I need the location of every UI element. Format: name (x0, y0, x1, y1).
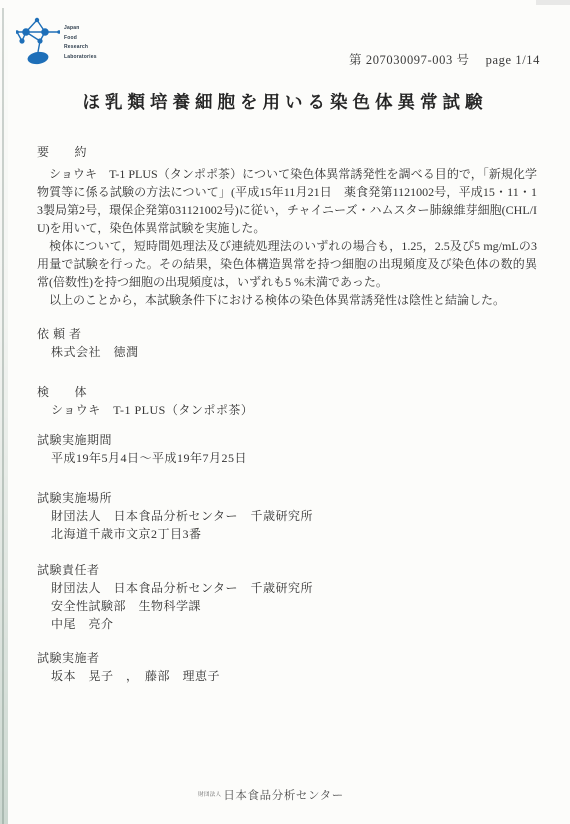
scan-edge-line-left (2, 8, 4, 824)
logo-word: Research (64, 43, 97, 53)
logo-word: Food (64, 34, 97, 44)
summary-paragraph: 以上のことから，本試験条件下における検体の染色体異常誘発性は陰性と結論した。 (37, 291, 537, 309)
section-line: 財団法人 日本食品分析センター 千歳研究所 (37, 579, 537, 597)
section-study-director: 試験責任者 財団法人 日本食品分析センター 千歳研究所 安全性試験部 生物科学課… (37, 561, 537, 633)
logo-wordmark: Japan Food Research Laboratories (64, 24, 97, 68)
document-header: 第 207030097-003 号page 1/14 (349, 50, 540, 68)
section-test-period: 試験実施期間 平成19年5月4日～平成19年7月25日 (37, 431, 537, 467)
section-line: 安全性試験部 生物科学課 (37, 597, 537, 615)
jfrl-logo: Japan Food Research Laboratories (16, 16, 97, 68)
scanned-report-page: Japan Food Research Laboratories 第 20703… (0, 0, 570, 824)
report-title: ほ乳類培養細胞を用いる染色体異常試験 (0, 89, 570, 114)
section-heading: 試験実施者 (37, 649, 537, 667)
section-line: 株式会社 徳潤 (37, 343, 537, 361)
logo-word: Laboratories (64, 53, 97, 63)
section-test-sample: 検 体 ショウキ T-1 PLUS（タンポポ茶） (37, 383, 537, 419)
section-heading: 依 頼 者 (37, 325, 537, 343)
section-line: ショウキ T-1 PLUS（タンポポ茶） (37, 401, 537, 419)
footer-org-name: 日本食品分析センター (223, 790, 344, 802)
molecule-icon (16, 16, 60, 68)
section-line: 中尾 亮介 (37, 615, 537, 633)
section-heading: 検 体 (37, 383, 537, 401)
summary-paragraph: ショウキ T-1 PLUS（タンポポ茶）について染色体異常誘発性を調べる目的で，… (37, 165, 537, 237)
section-line: 北海道千歳市文京2丁目3番 (37, 525, 537, 543)
scan-edge-artifact-top-right (536, 0, 570, 5)
page-indicator: page 1/14 (486, 53, 540, 67)
footer-org-prefix: 財団法人 (198, 790, 221, 798)
section-test-performers: 試験実施者 坂本 晃子 ， 藤部 理恵子 (37, 649, 537, 685)
summary-heading: 要 約 (37, 143, 537, 161)
section-line: 坂本 晃子 ， 藤部 理恵子 (37, 667, 537, 685)
section-heading: 試験責任者 (37, 561, 537, 579)
section-heading: 試験実施期間 (37, 431, 537, 449)
doc-number: 第 207030097-003 号 (349, 53, 470, 67)
footer-logotype: 財団法人日本食品分析センター (0, 786, 556, 804)
summary-paragraph: 検体について，短時間処理法及び連続処理法のいずれの場合も，1.25，2.5及び5… (37, 237, 537, 291)
section-line: 平成19年5月4日～平成19年7月25日 (37, 449, 537, 467)
section-client: 依 頼 者 株式会社 徳潤 (37, 325, 537, 361)
logo-word: Japan (64, 24, 97, 34)
section-line: 財団法人 日本食品分析センター 千歳研究所 (37, 507, 537, 525)
section-heading: 試験実施場所 (37, 489, 537, 507)
section-test-site: 試験実施場所 財団法人 日本食品分析センター 千歳研究所 北海道千歳市文京2丁目… (37, 489, 537, 543)
report-body: 要 約 ショウキ T-1 PLUS（タンポポ茶）について染色体異常誘発性を調べる… (37, 143, 537, 685)
